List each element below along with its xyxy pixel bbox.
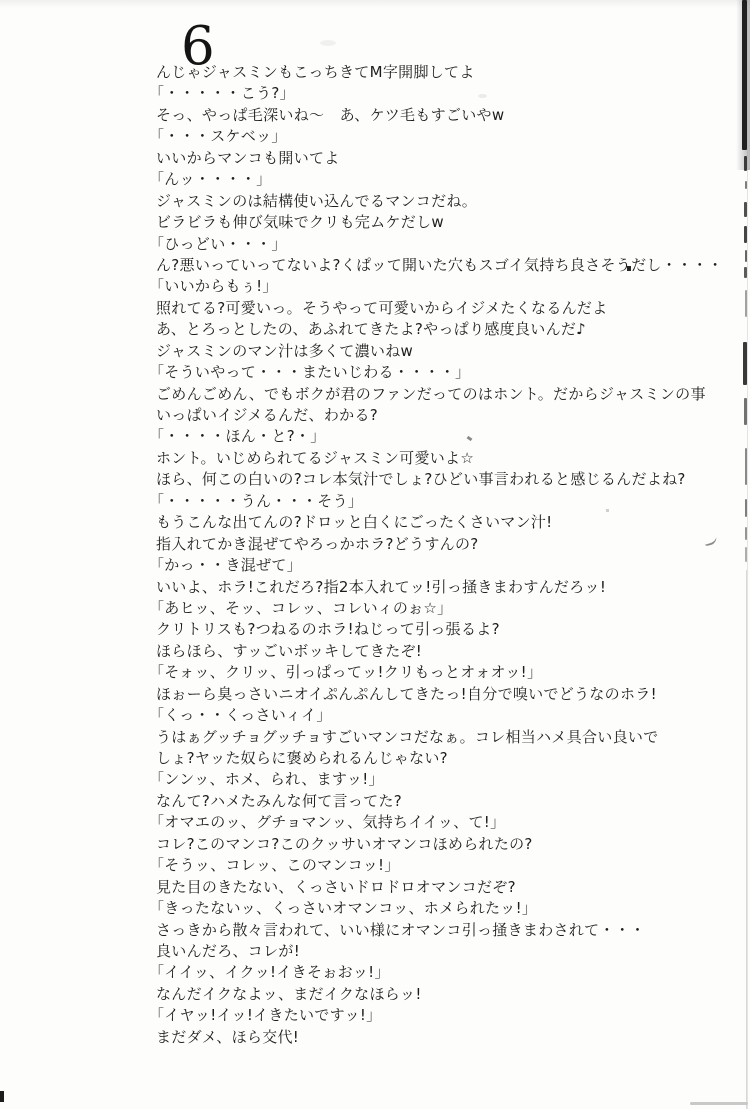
scan-edge-segment [744, 202, 747, 217]
text-line: ごめんごめん、でもボクが君のファンだってのはホント。だからジャスミンの事 [156, 384, 723, 405]
scan-speck [606, 509, 609, 512]
scan-bottom-line [690, 1102, 748, 1105]
text-line: 「ひっどい・・・」 [149, 234, 723, 255]
text-line: うはぁグッチョグッチョすごいマンコだなぁ。コレ相当ハメ具合い良いで [156, 727, 723, 748]
scan-edge-segment [746, 570, 747, 1109]
text-line: ほら、何この白いの?コレ本気汁でしょ?ひどい事言われると感じるんだよね? [156, 469, 723, 490]
text-line: 「んッ・・・・」 [149, 169, 723, 190]
text-line: 照れてる?可愛いっ。そうやって可愛いからイジメたくなるんだよ [156, 298, 723, 319]
text-line: コレ?このマンコ?このクッサいオマンコほめられたの? [156, 834, 723, 855]
scan-edge-segment [742, 0, 747, 150]
text-lines-container: んじゃジャスミンもこっちきてM字開脚してよ「・・・・・こう?」そっ、やっぱ毛深い… [156, 62, 723, 1048]
scan-edge-segment [744, 226, 747, 243]
text-line: 「いいからもぅ!」 [149, 276, 723, 297]
text-line: 「かっ・・き混ぜて」 [149, 555, 723, 576]
scan-edge-segment [745, 448, 747, 485]
text-line: 「イヤッ!イッ!イきたいですッ!」 [149, 1005, 723, 1026]
text-line: ほらほら、すッごいボッキしてきたぞ! [156, 641, 723, 662]
scan-edge-segment [745, 290, 747, 317]
text-line: まだダメ、ほら交代! [156, 1027, 723, 1048]
text-line: あ、とろっとしたの、あふれてきたよ?やっぱり感度良いんだ♪ [156, 319, 723, 340]
scan-edge-segment [743, 342, 747, 385]
scan-top-shading [0, 0, 750, 8]
scan-edge-segment [744, 156, 747, 171]
scan-edge-segment [744, 398, 747, 425]
scan-edge-hairline [747, 0, 748, 1109]
text-line: 「オマエのッ、グチョマンッ、気持ちイイッ、て!」 [149, 812, 723, 833]
text-line: ほぉーら臭っさいニオイぷんぷんしてきたっ!自分で嗅いでどうなのホラ! [156, 684, 723, 705]
text-line: クリトリスも?つねるのホラ!ねじって引っ張るよ? [156, 619, 723, 640]
text-line: ん?悪いっていってないよ?くぱッて開いた穴もスゴイ気持ち良さそうだし・・・・ [156, 255, 723, 276]
scan-edge-segment [745, 250, 747, 262]
text-line: 「きったないッ、くっさいオマンコッ、ホメられたッ!」 [149, 898, 723, 919]
text-line: いいよ、ホラ!これだろ?指2本入れてッ!引っ掻きまわすんだろッ! [156, 577, 723, 598]
text-line: しょ?ヤッた奴らに褒められるんじゃない? [156, 748, 723, 769]
text-line: ジャスミンのマン汁は多くて濃いねw [156, 341, 723, 362]
text-line: 「・・・・・うん・・・そう」 [149, 491, 723, 512]
text-line: 「・・・・・こう?」 [149, 83, 723, 104]
text-line: ホント。いじめられてるジャスミン可愛いよ☆ [156, 448, 723, 469]
scanned-page: 6 んじゃジャスミンもこっちきてM字開脚してよ「・・・・・こう?」そっ、やっぱ毛… [0, 0, 750, 1109]
scan-edge-segment [745, 181, 747, 189]
text-line: ビラビラも伸び気味でクリも完ムケだしw [156, 212, 723, 233]
text-line: 「ンンッ、ホメ、られ、ますッ!」 [149, 769, 723, 790]
scan-speck [627, 266, 631, 271]
text-line: さっきから散々言われて、いい様にオマンコ引っ掻きまわされて・・・ [156, 920, 723, 941]
text-line: 「くっ・・くっさいィイ」 [149, 705, 723, 726]
text-line: 「イイッ、イクッ!イきそぉおッ!」 [149, 962, 723, 983]
text-line: ジャスミンのは結構使い込んでるマンコだね。 [156, 191, 723, 212]
text-line: 「あヒッ、そッ、コレッ、コレいィのぉ☆」 [149, 598, 723, 619]
text-line: 見た目のきたない、くっさいドロドロオマンコだぞ? [156, 877, 723, 898]
text-line: もうこんな出てんの?ドロッと白くにごったくさいマン汁! [156, 512, 723, 533]
scan-edge-segment [745, 527, 747, 540]
text-line: いっぱいイジメるんだ、わかる? [156, 405, 723, 426]
text-line: 「そういやって・・・またいじわる・・・・」 [149, 362, 723, 383]
text-line: 「・・・・ほん・と?・」 [149, 426, 723, 447]
text-line: 指入れてかき混ぜてやろっかホラ?どうすんの? [156, 534, 723, 555]
text-line: なんだイクなよッ、まだイクなほらッ! [156, 984, 723, 1005]
scan-corner-mark [0, 1091, 4, 1102]
scan-smudge [478, 94, 487, 98]
text-line: 「・・・スケベッ」 [149, 126, 723, 147]
text-line: 良いんだろ、コレが! [156, 941, 723, 962]
scan-edge-segment [745, 499, 747, 517]
scan-edge-segment [744, 267, 747, 278]
text-line: んじゃジャスミンもこっちきてM字開脚してよ [156, 62, 723, 83]
scan-smudge [320, 40, 336, 46]
text-line: 「そォッ、クリッ、引っぱってッ!クリもっとオォオッ!」 [149, 662, 723, 683]
text-line: そっ、やっぱ毛深いね〜 あ、ケツ毛もすごいやw [156, 105, 723, 126]
scan-edge-segment [745, 547, 747, 562]
text-line: 「そうッ、コレッ、このマンコッ!」 [149, 855, 723, 876]
text-line: なんて?ハメたみんな何て言ってた? [156, 791, 723, 812]
text-line: いいからマンコも開いてよ [156, 148, 723, 169]
